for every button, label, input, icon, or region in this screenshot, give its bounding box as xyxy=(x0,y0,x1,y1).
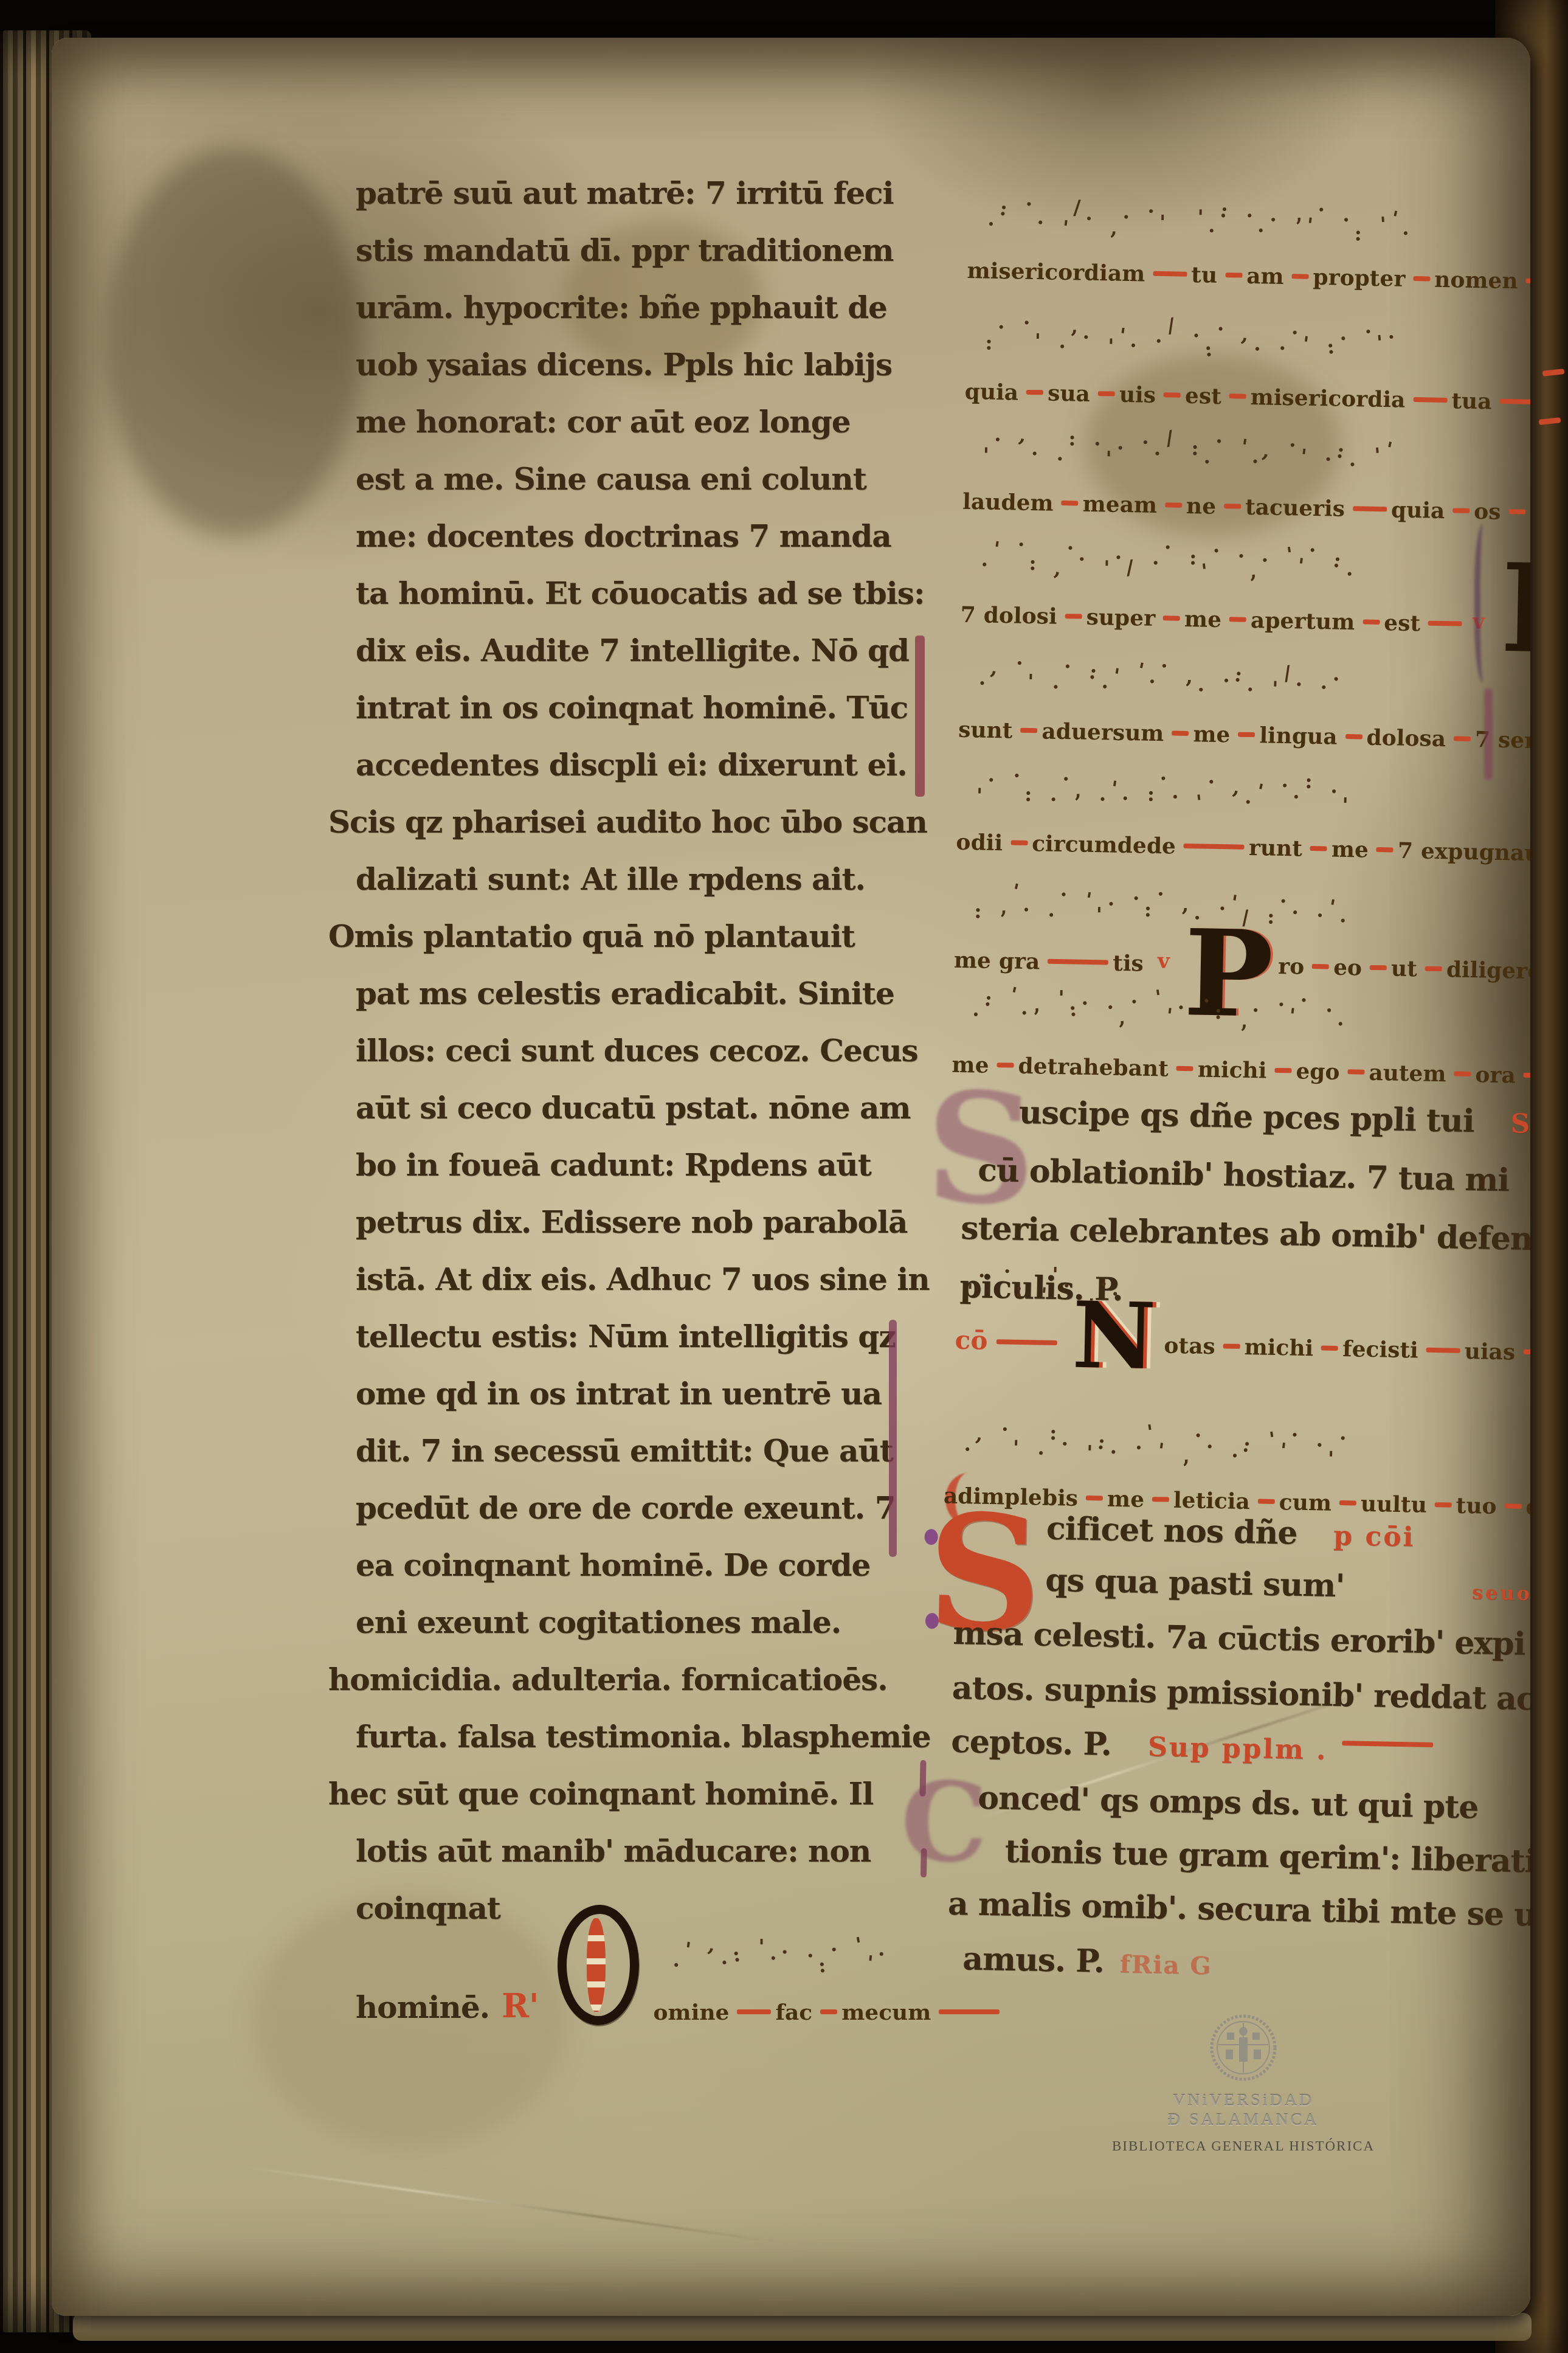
neume-mark: · xyxy=(1319,675,1329,699)
neume-mark: ' xyxy=(1103,556,1110,580)
chant-word: quia xyxy=(964,379,1018,406)
neume-mark: , xyxy=(989,655,1000,679)
neume-mark: · xyxy=(1148,670,1156,693)
melisma-extender xyxy=(1370,965,1387,971)
chant-word: dolosi xyxy=(983,603,1057,629)
manuscript-line: istā. At dix eis. Adhuc 7 uos sine in xyxy=(356,1261,930,1297)
manuscript-line: bo in foueā cadunt: Rpdens aūt xyxy=(356,1147,871,1183)
margin-offset-mark xyxy=(915,636,925,797)
neume-mark: · xyxy=(1294,672,1304,696)
chant-word: 7 xyxy=(960,602,976,628)
neume-mark: ' xyxy=(1328,1447,1335,1471)
neume-mark: ' xyxy=(1285,542,1295,567)
parchment-stain xyxy=(106,147,362,536)
neume-mark: : xyxy=(1144,898,1152,921)
neume-mark: · xyxy=(1339,909,1347,932)
neume-mark: · xyxy=(1064,654,1071,678)
left-final-line: hominē. R' ·',·:'···:·''·ominefacmecum xyxy=(356,1928,1004,2025)
neume-mark: : xyxy=(1191,436,1199,460)
neume-mark: ' xyxy=(1086,1441,1093,1464)
rubric-super-populum: Sup pplm . xyxy=(1147,1731,1327,1766)
chant-word: peccato xyxy=(1530,500,1530,527)
initial-inner-stripes xyxy=(587,1918,606,2012)
prayer-text: cificet nos dñe xyxy=(1046,1510,1297,1552)
neume-mark: / xyxy=(1073,195,1081,219)
neume-mark: , xyxy=(1053,556,1063,580)
melisma-extender xyxy=(1225,272,1242,278)
neume-mark: · xyxy=(1330,667,1342,691)
neume-mark: ' xyxy=(1389,206,1400,230)
neume-mark: ' xyxy=(1145,1420,1155,1444)
neume-mark: · xyxy=(1121,786,1130,811)
chant-word: tua xyxy=(1451,388,1492,414)
neume-mark: ' xyxy=(1156,1438,1166,1463)
melisma-extender xyxy=(1310,846,1327,851)
melisma-extender xyxy=(737,2009,771,2014)
neume-mark: ' xyxy=(1013,1436,1020,1460)
neume-mark: ' xyxy=(1197,205,1204,229)
neume-mark: ' xyxy=(1110,776,1119,800)
melisma-extender xyxy=(1345,734,1363,740)
prayer-line: ceptos. P.Sup pplm . xyxy=(951,1723,1438,1769)
neume-mark: : xyxy=(1305,769,1313,793)
neume-mark: · xyxy=(1084,206,1094,230)
neume-mark: · xyxy=(1010,763,1023,788)
neume-mark: · xyxy=(1014,651,1026,676)
neume-mark: · xyxy=(768,1946,778,1970)
neume-mark: : xyxy=(1029,551,1037,575)
neume-mark: · xyxy=(972,1002,979,1026)
versicle-mark: v xyxy=(1158,949,1170,973)
chant-word: fecisti xyxy=(1342,1336,1418,1363)
neume-mark: · xyxy=(1037,210,1044,234)
neume-mark: ' xyxy=(1108,334,1114,358)
melisma-extender xyxy=(996,1339,1057,1345)
neume-mark: · xyxy=(1079,991,1091,1015)
neume-mark: : xyxy=(1218,198,1230,223)
neume-mark: · xyxy=(1023,898,1030,921)
neume-mark: : xyxy=(1147,782,1155,806)
neume-mark: : xyxy=(1203,337,1214,361)
chant-word: am xyxy=(1246,263,1284,289)
neume-mark: ' xyxy=(1200,559,1209,583)
chant-word: misericordiam xyxy=(967,258,1145,287)
melisma-extender xyxy=(1376,847,1394,853)
melisma-extender xyxy=(1274,1068,1291,1073)
prayer-text: qs qua pasti sum' xyxy=(1045,1562,1345,1604)
neume-mark: ' xyxy=(1058,986,1065,1010)
neume-mark: ' xyxy=(1254,779,1266,803)
chant-line: ·'·:,··'·/··:'··,·''·:·7dolosisupermeape… xyxy=(960,555,1530,639)
neume-mark: · xyxy=(1338,1426,1349,1450)
neume-mark: · xyxy=(1020,310,1032,335)
chant-word: lingua xyxy=(1259,723,1338,749)
neume-mark: · xyxy=(1276,992,1286,1016)
chant-word: domine xyxy=(1525,1494,1530,1522)
chant-word: me xyxy=(1193,721,1231,747)
neume-mark: · xyxy=(1121,204,1131,229)
neume-mark: ' xyxy=(967,1279,973,1303)
neume-mark: · xyxy=(1318,198,1325,221)
chant-word: runt xyxy=(1249,835,1303,862)
prayer-line: onced' qs omps ds. ut qui pte xyxy=(950,1779,1479,1826)
melisma-extender xyxy=(1172,731,1189,736)
manuscript-line: coinqnat xyxy=(356,1890,500,1926)
neume-mark: ' xyxy=(1375,331,1383,355)
neume-mark: ' xyxy=(1034,329,1041,353)
melisma-extender xyxy=(1098,391,1115,397)
neume-mark: · xyxy=(721,1951,728,1975)
melisma-extender xyxy=(1339,1500,1356,1506)
rubric: cō xyxy=(955,1325,988,1356)
manuscript-line: Omis plantatio quā nō plantauit xyxy=(328,918,855,954)
chant-word: expugnaue xyxy=(1421,838,1530,866)
neume-mark: ' xyxy=(1296,553,1305,578)
watermark-library: BIBLIOTECA GENERAL HISTÓRICA xyxy=(1085,2138,1401,2154)
neume-mark: ' xyxy=(683,1937,692,1961)
neume-mark: , xyxy=(1231,775,1242,799)
neume-mark: , xyxy=(1239,1008,1248,1033)
chant-word: cum xyxy=(1279,1489,1331,1516)
neume-mark: · xyxy=(1259,548,1271,573)
chant-word: leticia xyxy=(1173,1488,1251,1514)
chant-word: sua xyxy=(1048,381,1091,407)
manuscript-line: pcedūt de ore de corde exeunt. 7 xyxy=(356,1490,895,1526)
neume-mark: ' xyxy=(1117,323,1127,347)
chant-word: meam xyxy=(1082,491,1157,518)
neume-mark: ' xyxy=(1039,1283,1048,1307)
neume-mark: ' xyxy=(1380,212,1387,237)
melisma-extender xyxy=(1153,271,1187,277)
melisma-extender xyxy=(1425,966,1442,972)
neume-mark: · xyxy=(1341,207,1352,232)
neume-mark: · xyxy=(1290,900,1300,924)
neume-mark: · xyxy=(1109,1440,1118,1464)
melisma-extender xyxy=(1165,502,1182,508)
chant-word: tuo xyxy=(1456,1493,1497,1519)
melisma-extender xyxy=(1526,279,1530,284)
chant-line: '··:··,·'·:··'·,·'··:·'odiicircumdederun… xyxy=(956,786,1530,866)
neume-mark: · xyxy=(1170,785,1179,809)
melisma-extender xyxy=(1152,1497,1169,1502)
manuscript-line: est a me. Sine causa eni colunt xyxy=(356,461,866,497)
neume-mark: ' xyxy=(1096,903,1102,926)
gutter-offset-mark xyxy=(1474,524,1496,682)
manuscript-line: intrat in os coinqnat hominē. Tūc xyxy=(356,690,908,726)
neume-mark: · xyxy=(1101,674,1108,698)
neume-mark: · xyxy=(1345,562,1353,586)
neume-mark: · xyxy=(986,768,997,792)
neume-mark: · xyxy=(1287,433,1297,457)
word-homine: hominē. xyxy=(356,1989,489,2025)
chant-word: aduersum xyxy=(1041,718,1164,746)
prayer-text: ceptos. P. xyxy=(951,1723,1112,1763)
neume-mark: ' xyxy=(1083,887,1093,912)
chant-word: ut xyxy=(1391,956,1418,982)
melisma-extender xyxy=(1238,732,1255,738)
melisma-extender xyxy=(1523,1350,1530,1355)
prayer-line: atos. supnis pmissionib' reddat ac xyxy=(952,1669,1530,1717)
melisma-extender xyxy=(1353,506,1387,511)
chant-word: mecum xyxy=(841,2000,931,2025)
chant-word: est xyxy=(1185,383,1222,409)
melisma-extender xyxy=(1505,1503,1522,1509)
neume-mark: · xyxy=(1177,996,1184,1019)
neume-mark: ' xyxy=(1288,1003,1297,1028)
chant-word: os xyxy=(1474,499,1501,525)
neume-mark: · xyxy=(1349,452,1356,476)
manuscript-line: me honorat: cor aūt eoz longe xyxy=(356,404,850,440)
melisma-extender xyxy=(1048,959,1108,965)
melisma-extender xyxy=(1435,1502,1452,1508)
neume-mark: , xyxy=(1072,778,1082,802)
manuscript-line: Scis qz pharisei audito hoc ūbo scan xyxy=(328,804,927,840)
neume-mark: · xyxy=(978,671,986,695)
neume-mark: · xyxy=(1023,192,1035,217)
chant-line: :··'·,·''··/·:·,···':··'·quiasuauisestmi… xyxy=(964,333,1530,415)
neume-mark: · xyxy=(1246,677,1255,702)
neume-mark: : xyxy=(974,899,982,923)
neume-mark: ' xyxy=(1060,216,1069,240)
melisma-extender xyxy=(1363,620,1380,625)
melisma-extender xyxy=(1524,1073,1530,1078)
prayer-text: amus. P. xyxy=(962,1940,1105,1980)
manuscript-line: eni exeunt cogitationes male. xyxy=(356,1604,841,1640)
chant-word: odii xyxy=(956,830,1003,856)
manuscript-line: homicidia. adulteria. fornicatioēs. xyxy=(328,1662,888,1697)
neume-mark: · xyxy=(1155,882,1166,906)
neume-mark: · xyxy=(1291,785,1301,809)
chant-word: me xyxy=(1331,837,1369,863)
chant-word: uultu xyxy=(1361,1491,1428,1518)
neume-mark: : xyxy=(817,1953,827,1977)
neume-mark: ' xyxy=(1027,670,1034,693)
neume-mark: ' xyxy=(1373,443,1381,468)
neume-mark: · xyxy=(673,1953,680,1977)
neume-mark: · xyxy=(1236,544,1247,568)
melisma-extender xyxy=(1258,1499,1275,1504)
manuscript-line: stis mandatū dī. ppr traditionem xyxy=(356,232,893,268)
manuscript-line: aūt si ceco ducatū pstat. nōne am xyxy=(356,1090,910,1126)
manuscript-line: pat ms celestis eradicabit. Sinite xyxy=(356,976,894,1011)
melisma-extender xyxy=(1223,1343,1240,1349)
neume-mark: · xyxy=(1363,319,1374,344)
melisma-extender xyxy=(1413,397,1447,403)
melisma-extender xyxy=(1176,1066,1193,1072)
neume-mark: · xyxy=(999,1417,1011,1442)
neume-mark: : xyxy=(731,1942,742,1967)
melisma-extender xyxy=(1164,392,1181,398)
neume-mark: , xyxy=(1031,993,1041,1017)
gutter-offset-mark xyxy=(1484,688,1493,780)
neume-mark: · xyxy=(1278,889,1288,913)
neume-mark: , xyxy=(999,895,1008,919)
chant-word: me xyxy=(953,948,991,974)
neume-mark: ' xyxy=(1105,446,1112,470)
melisma-extender xyxy=(1454,1072,1471,1077)
rubric-flourish xyxy=(1342,1741,1433,1747)
manuscript-line: ta hominū. Et cōuocatis ad se tbis: xyxy=(356,575,924,611)
chant-word: nomen xyxy=(1434,267,1518,294)
neume-mark: · xyxy=(1060,882,1067,906)
neume-mark: : xyxy=(1068,997,1078,1021)
neume-mark: · xyxy=(805,1943,815,1967)
neume-mark: : xyxy=(1241,1432,1254,1457)
neume-mark: · xyxy=(1031,442,1038,465)
right-chant-column: ·:··'/·,··''·:···,'··:''·misericordiamtu… xyxy=(928,38,1530,2299)
neume-mark: : xyxy=(1087,659,1099,684)
chant-word: laudem xyxy=(962,489,1054,516)
chant-word: 7 xyxy=(1397,838,1413,864)
neume-mark: · xyxy=(1051,674,1060,699)
neume-mark: : xyxy=(1024,782,1032,806)
neume-mark: ' xyxy=(1301,331,1310,356)
neume-mark: , xyxy=(1261,438,1273,463)
neume-mark: · xyxy=(1062,767,1069,791)
neume-mark: : xyxy=(1049,1421,1057,1444)
melisma-extender xyxy=(1229,617,1246,622)
chant-word: diligerent xyxy=(1446,957,1530,985)
neume-mark: : xyxy=(1068,426,1076,450)
neume-mark: · xyxy=(1115,435,1126,460)
melisma-extender xyxy=(1347,1069,1364,1075)
neume-mark: : xyxy=(1335,438,1346,463)
chant-line: ·,·'··:·''··,··:·'/···suntaduersummeling… xyxy=(958,673,1530,754)
chant-word: dolosa xyxy=(1366,725,1446,752)
neume-mark: · xyxy=(1244,790,1253,814)
university-seal-icon xyxy=(1210,2014,1277,2081)
neume-mark: , xyxy=(1248,559,1257,583)
melisma-extender xyxy=(1508,509,1525,515)
melisma-extender xyxy=(1454,736,1471,741)
chant-word: ro xyxy=(1278,954,1305,980)
chant-word: uias xyxy=(1464,1339,1515,1365)
neume-mark: · xyxy=(1135,1436,1142,1460)
rubric-euouae: seuouae xyxy=(1472,1581,1530,1606)
neume-mark: · xyxy=(1196,677,1206,702)
manuscript-line: ome qd in os intrat in uentrē ua xyxy=(356,1376,882,1412)
neume-mark: ' xyxy=(1007,982,1019,1007)
neume-mark: : xyxy=(998,196,1009,220)
neume-mark: : xyxy=(1325,334,1336,359)
neume-mark: · xyxy=(1291,1423,1298,1447)
prayer-line: steria celebrantes ab omib' defende xyxy=(961,1210,1530,1258)
neume-mark: · xyxy=(1279,773,1290,797)
under-leaf-edge xyxy=(73,2313,1532,2341)
neume-mark: ' xyxy=(1342,793,1349,817)
melisma-extender xyxy=(1321,1345,1338,1351)
neume-mark: ' xyxy=(1299,444,1308,468)
chant-word: tacueris xyxy=(1245,494,1345,522)
neume-mark: : xyxy=(985,331,993,355)
neume-mark: ' xyxy=(1135,658,1147,682)
chant-word: ora xyxy=(1475,1062,1516,1088)
neume-mark: · xyxy=(1046,903,1056,927)
chant-word: tis xyxy=(1113,951,1144,977)
melisma-extender xyxy=(1026,390,1043,395)
neume-mark: ' xyxy=(1267,1427,1277,1451)
chant-line: :,'···''··:·,··'/:···'·megratisvProeoutd… xyxy=(953,901,1530,984)
neume-mark: , xyxy=(1110,215,1117,239)
melisma-extender xyxy=(1065,614,1082,619)
melisma-extender xyxy=(1224,504,1241,509)
neume-mark: · xyxy=(1152,551,1159,575)
prayer-line: uscipe qs dñe pces ppli tuiSCR xyxy=(963,1093,1530,1142)
watermark-university: VNiVERSiDAD xyxy=(1085,2091,1401,2110)
neume-mark: · xyxy=(1309,538,1316,562)
illuminated-initial-D xyxy=(558,1905,639,2025)
neume-mark: ' xyxy=(1052,1263,1059,1286)
manuscript-line: tellectu estis: Nūm intelligitis qz xyxy=(356,1319,896,1354)
chant-word: tu xyxy=(1191,262,1218,288)
neume-mark: ' xyxy=(1009,879,1021,903)
neume-mark: · xyxy=(1223,668,1230,692)
neume-mark: ' xyxy=(1195,790,1204,814)
neume-mark: ' xyxy=(983,443,989,466)
neume-mark: · xyxy=(964,1437,971,1461)
neume-mark: ' xyxy=(1165,1003,1174,1028)
neume-mark: · xyxy=(1300,988,1307,1012)
neume-mark: · xyxy=(1139,430,1152,455)
neume-mark: · xyxy=(1153,442,1161,465)
neume-mark: · xyxy=(779,1939,790,1964)
neume-mark: · xyxy=(1021,1001,1028,1025)
chant-word: michi xyxy=(1197,1056,1266,1083)
neume-mark: · xyxy=(1202,449,1212,474)
neume-mark: · xyxy=(987,212,995,236)
illuminated-initial-N: N xyxy=(1072,1336,1156,1337)
chant-word: fac xyxy=(775,2000,812,2025)
neume-mark: : xyxy=(983,986,993,1011)
neume-mark: · xyxy=(1215,316,1226,341)
neume-mark: · xyxy=(1077,547,1087,571)
chant-word: apertum xyxy=(1251,608,1355,635)
neume-mark: · xyxy=(981,552,988,576)
melisma-extender xyxy=(1291,274,1308,279)
parchment-page: patrē suū aut matrē: 7 irritū fecistis m… xyxy=(52,38,1530,2316)
melisma-extender xyxy=(1499,399,1530,404)
manuscript-line: ea coinqnant hominē. De corde xyxy=(356,1547,870,1583)
neume-mark: · xyxy=(1155,329,1162,353)
neume-mark: , xyxy=(1186,664,1193,688)
neume-mark: ' xyxy=(1159,210,1166,234)
neume-mark: · xyxy=(1015,532,1027,557)
neume-mark: · xyxy=(1057,334,1067,358)
neume-mark: : xyxy=(1189,546,1197,569)
neume-mark: · xyxy=(1128,989,1140,1014)
library-watermark: VNiVERSiDAD Ð SALAMANCA BIBLIOTECA GENER… xyxy=(1085,2014,1401,2154)
melisma-extender xyxy=(1010,840,1027,845)
chant-word: me xyxy=(1184,606,1222,632)
manuscript-line: hec sūt que coinqnant hominē. Il xyxy=(328,1776,873,1812)
prayer-line: amus. P.fRia G xyxy=(947,1940,1212,1982)
neume-mark: / xyxy=(1164,426,1175,450)
neume-mark: ' xyxy=(1279,1438,1288,1463)
prayer-line: tionis tue gram qerim': liberati xyxy=(948,1832,1530,1880)
chant-word: michi xyxy=(1244,1334,1313,1361)
neume-mark: / xyxy=(1125,555,1135,580)
neume-mark: · xyxy=(828,1937,840,1962)
responsory-rubric: R' xyxy=(502,1986,539,2025)
manuscript-line: furta. falsa testimonia. blasphemie xyxy=(356,1719,931,1755)
chant-word: detrahebant xyxy=(1018,1053,1169,1082)
neume-mark: · xyxy=(1145,199,1158,224)
neume-mark: , xyxy=(706,1932,718,1957)
margin-offset-mark xyxy=(889,1320,897,1557)
chant-line: ·:··'/·,··''·:···,'··:''·misericordiamtu… xyxy=(967,214,1530,294)
prayer-text: uscipe qs dñe pces ppli tui xyxy=(1019,1094,1475,1140)
neume-mark: · xyxy=(1214,429,1225,453)
